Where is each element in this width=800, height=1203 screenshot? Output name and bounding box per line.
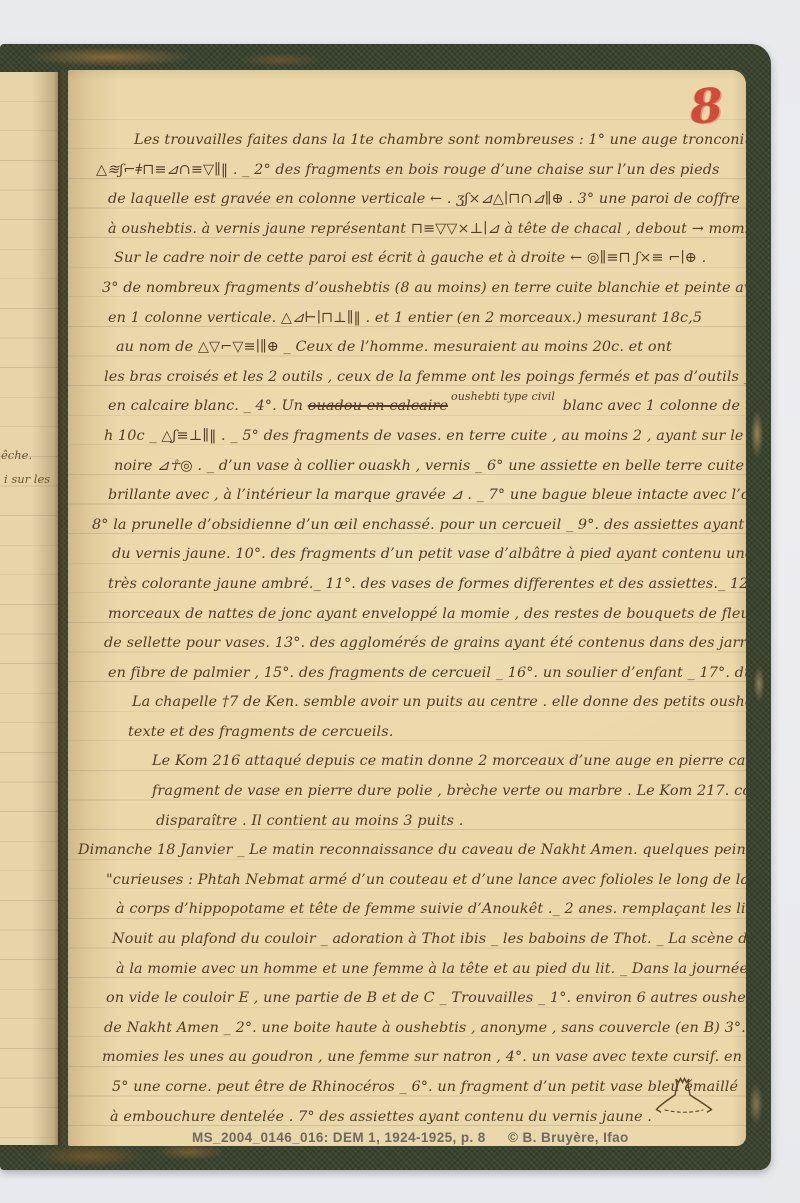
footer-shelfmark: MS_2004_0146_016: DEM 1, 1924-1925, p. 8 <box>192 1130 486 1145</box>
manuscript-line: Dimanche 18 Janvier _ Le matin reconnais… <box>78 836 746 866</box>
correction-post: blanc avec 1 colonne de texte sur bande … <box>558 398 746 414</box>
manuscript-line: à embouchure dentelée . 7° des assiettes… <box>110 1103 746 1133</box>
footer-credit: © B. Bruyère, Ifao <box>508 1130 629 1145</box>
manuscript-line: de laquelle est gravée en colonne vertic… <box>108 185 746 215</box>
manuscript-line: disparaître . Il contient au moins 3 pui… <box>156 807 746 837</box>
manuscript-line: de Nakht Amen _ 2°. une boite haute à ou… <box>104 1014 746 1044</box>
manuscript-line: Les trouvailles faites dans la 1te chamb… <box>134 126 746 156</box>
manuscript-line: Nouit au plafond du couloir _ adoration … <box>112 925 746 955</box>
manuscript-line: 5° une corne. peut être de Rhinocéros _ … <box>112 1073 746 1103</box>
manuscript-line: Sur le cadre noir de cette paroi est écr… <box>114 244 746 274</box>
manuscript-line: très colorante jaune ambré._ 11°. des va… <box>108 570 746 600</box>
facing-page-edge: êche. i sur les <box>0 72 58 1145</box>
manuscript-line: "curieuses : Phtah Nebmat armé d’un cout… <box>106 866 746 896</box>
manuscript-line: à la momie avec un homme et une femme à … <box>116 955 746 985</box>
manuscript-line: en fibre de palmier , 15°. des fragments… <box>108 659 746 689</box>
margin-fragment: i sur les <box>4 472 50 486</box>
manuscript-line: à corps d’hippopotame et tête de femme s… <box>116 895 746 925</box>
manuscript-line: au nom de △▽⌐▽≡∣∥⊕ _ Ceux de l’homme. me… <box>116 333 746 363</box>
notebook-cover: êche. i sur les 8 Les trouvailles faites… <box>0 44 771 1170</box>
manuscript-page: 8 Les trouvailles faites dans la 1te cha… <box>68 70 746 1146</box>
manuscript-line: h 10c _ △ʃ≡⊥∥‖ . _ 5° des fragments de v… <box>104 422 746 452</box>
manuscript-line: morceaux de nattes de jonc ayant envelop… <box>108 600 746 630</box>
manuscript-line: les bras croisés et les 2 outils , ceux … <box>104 363 746 393</box>
manuscript-line: 3° de nombreux fragments d’oushebtis (8 … <box>102 274 746 304</box>
manuscript-line: à oushebtis. à vernis jaune représentant… <box>108 215 746 245</box>
interline-annotation: oushebti type civil <box>451 390 555 403</box>
manuscript-line: momies les unes au goudron , une femme s… <box>102 1043 746 1073</box>
margin-fragment: êche. <box>1 448 32 462</box>
manuscript-line: texte et des fragments de cercueils. <box>128 718 746 748</box>
manuscript-line: on vide le couloir E , une partie de B e… <box>106 984 746 1014</box>
manuscript-line: noire ⊿☥◎ . _ d’un vase à collier ouaskh… <box>114 452 746 482</box>
manuscript-text: Les trouvailles faites dans la 1te chamb… <box>108 126 746 1132</box>
manuscript-line: La chapelle †7 de Ken. semble avoir un p… <box>132 688 746 718</box>
manuscript-line: du vernis jaune. 10°. des fragments d’un… <box>112 540 746 570</box>
manuscript-line: en 1 colonne verticale. △⊿⊢∣⊓⊥∥‖ . et 1 … <box>108 304 746 334</box>
manuscript-line: △≋ʃ⌐ǂ⊓≡⊿∩≡▽∥‖ . _ 2° des fragments en bo… <box>96 156 746 186</box>
manuscript-line: brillante avec , à l’intérieur la marque… <box>108 481 746 511</box>
correction-pre: en calcaire blanc. _ 4°. Un <box>108 398 308 414</box>
manuscript-line: 8° la prunelle d’obsidienne d’un œil enc… <box>92 511 746 541</box>
manuscript-line-correction: en calcaire blanc. _ 4°. Un ouadou en ca… <box>108 392 746 422</box>
manuscript-line: de sellette pour vases. 13°. des agglomé… <box>104 629 746 659</box>
vase-sketch <box>653 1076 717 1122</box>
manuscript-line: fragment de vase en pierre dure polie , … <box>152 777 746 807</box>
manuscript-line: Le Kom 216 attaqué depuis ce matin donne… <box>152 747 746 777</box>
strikethrough-text: ouadou en calcaire <box>308 398 448 414</box>
